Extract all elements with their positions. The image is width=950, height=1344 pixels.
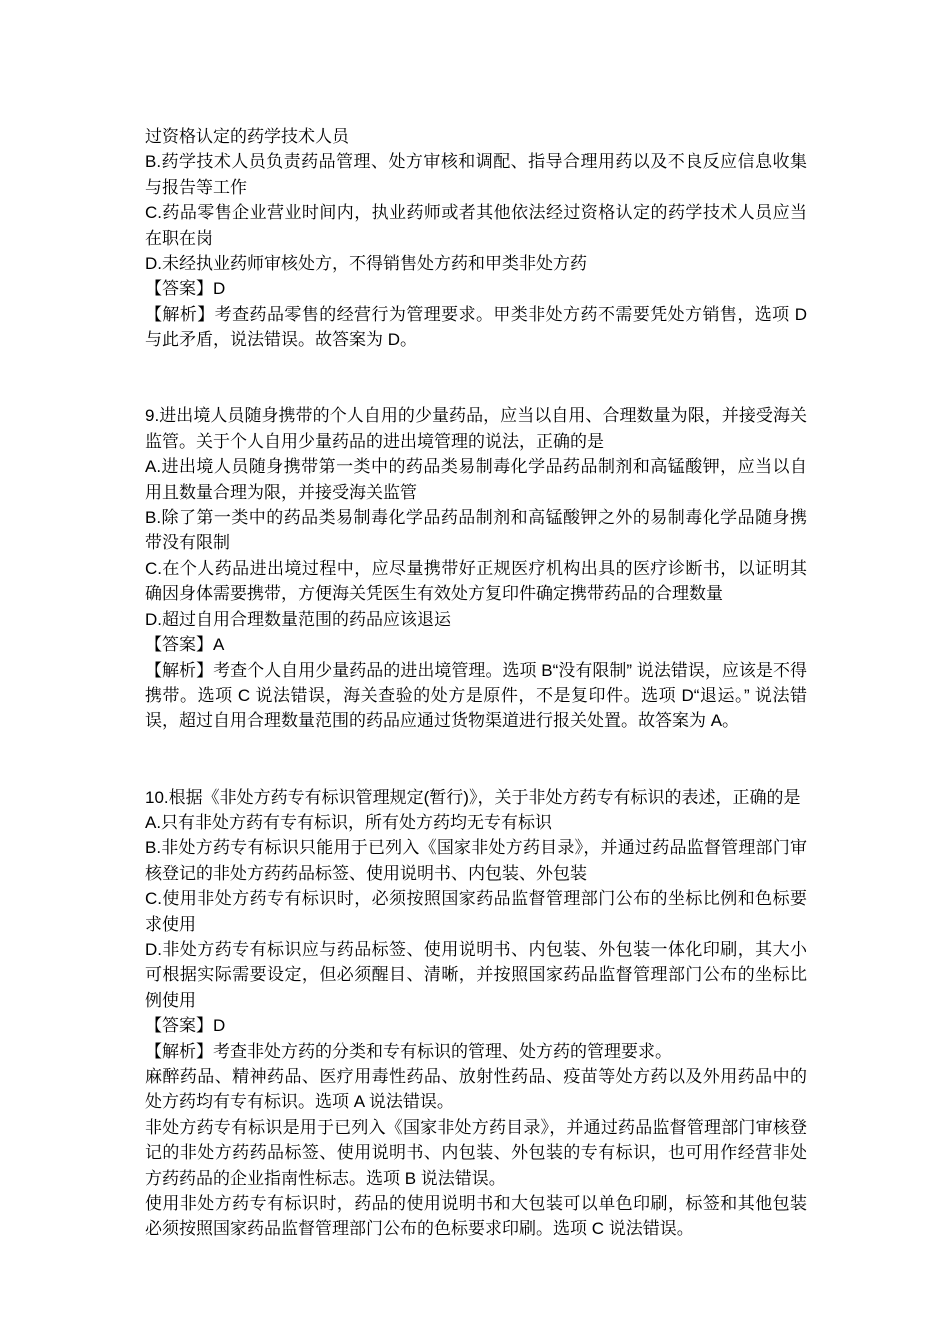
question-9-block: 9.进出境人员随身携带的个人自用的少量药品，应当以自用、合理数量为限，并接受海关…: [145, 403, 807, 733]
question-10-answer-line: 【答案】D: [145, 1013, 807, 1038]
question-10-block: 10.根据《非处方药专有标识管理规定(暂行)》，关于非处方药专有标识的表述，正确…: [145, 785, 807, 1242]
question-10-analysis-paragraph-3: 非处方药专有标识是用于已列入《国家非处方药目录》，并通过药品监督管理部门审核登记…: [145, 1115, 807, 1191]
question-9-option-c: C.在个人药品进出境过程中，应尽量携带好正规医疗机构出具的医疗诊断书，以证明其确…: [145, 556, 807, 607]
question-9-option-d: D.超过自用合理数量范围的药品应该退运: [145, 607, 807, 632]
question-8-option-b: B.药学技术人员负责药品管理、处方审核和调配、指导合理用药以及不良反应信息收集与…: [145, 149, 807, 200]
question-10-option-a: A.只有非处方药有专有标识，所有处方药均无专有标识: [145, 810, 807, 835]
question-8-option-d: D.未经执业药师审核处方，不得销售处方药和甲类非处方药: [145, 251, 807, 276]
question-8-continuation-line: 过资格认定的药学技术人员: [145, 124, 807, 149]
question-10-option-c: C.使用非处方药专有标识时，必须按照国家药品监督管理部门公布的坐标比例和色标要求…: [145, 886, 807, 937]
question-10-analysis-paragraph-1: 【解析】考查非处方药的分类和专有标识的管理、处方药的管理要求。: [145, 1039, 807, 1064]
question-8-option-c: C.药品零售企业营业时间内，执业药师或者其他依法经过资格认定的药学技术人员应当在…: [145, 200, 807, 251]
question-9-answer-line: 【答案】A: [145, 632, 807, 657]
question-10-analysis-paragraph-2: 麻醉药品、精神药品、医疗用毒性药品、放射性药品、疫苗等处方药以及外用药品中的处方…: [145, 1064, 807, 1115]
question-10-option-d: D.非处方药专有标识应与药品标签、使用说明书、内包装、外包装一体化印刷，其大小可…: [145, 937, 807, 1013]
question-8-answer-line: 【答案】D: [145, 276, 807, 301]
question-10-option-b: B.非处方药专有标识只能用于已列入《国家非处方药目录》，并通过药品监督管理部门审…: [145, 835, 807, 886]
document-content: 过资格认定的药学技术人员 B.药学技术人员负责药品管理、处方审核和调配、指导合理…: [145, 124, 807, 1242]
question-8-analysis-paragraph: 【解析】考查药品零售的经营行为管理要求。甲类非处方药不需要凭处方销售，选项 D …: [145, 302, 807, 353]
question-9-analysis-paragraph: 【解析】考查个人自用少量药品的进出境管理。选项 B“没有限制” 说法错误，应该是…: [145, 658, 807, 734]
question-10-stem: 10.根据《非处方药专有标识管理规定(暂行)》，关于非处方药专有标识的表述，正确…: [145, 785, 807, 810]
question-9-option-a: A.进出境人员随身携带第一类中的药品类易制毒化学品药品制剂和高锰酸钾，应当以自用…: [145, 454, 807, 505]
question-9-stem: 9.进出境人员随身携带的个人自用的少量药品，应当以自用、合理数量为限，并接受海关…: [145, 403, 807, 454]
question-9-option-b: B.除了第一类中的药品类易制毒化学品药品制剂和高锰酸钾之外的易制毒化学品随身携带…: [145, 505, 807, 556]
question-8-block: 过资格认定的药学技术人员 B.药学技术人员负责药品管理、处方审核和调配、指导合理…: [145, 124, 807, 353]
question-10-analysis-paragraph-4: 使用非处方药专有标识时，药品的使用说明书和大包装可以单色印刷，标签和其他包装必须…: [145, 1191, 807, 1242]
